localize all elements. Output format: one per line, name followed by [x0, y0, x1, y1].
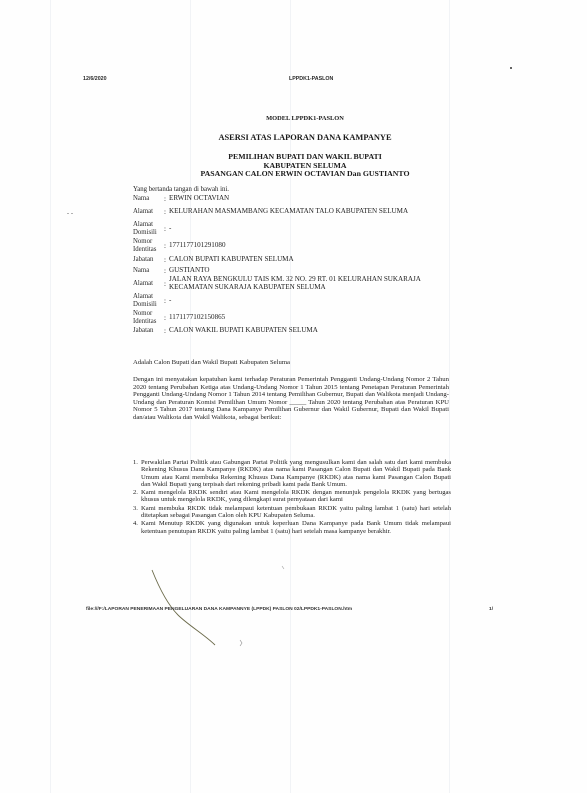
print-footer-path: file:///F:/LAPORAN PENERIMAAN PENGELUARA… — [86, 607, 352, 612]
signature-stroke-icon — [0, 0, 587, 793]
print-footer-page: 1/ — [489, 607, 493, 612]
scanned-page: 12/6/2020 LPPDK1-PASLON MODEL LPPDK1-PAS… — [0, 0, 587, 793]
